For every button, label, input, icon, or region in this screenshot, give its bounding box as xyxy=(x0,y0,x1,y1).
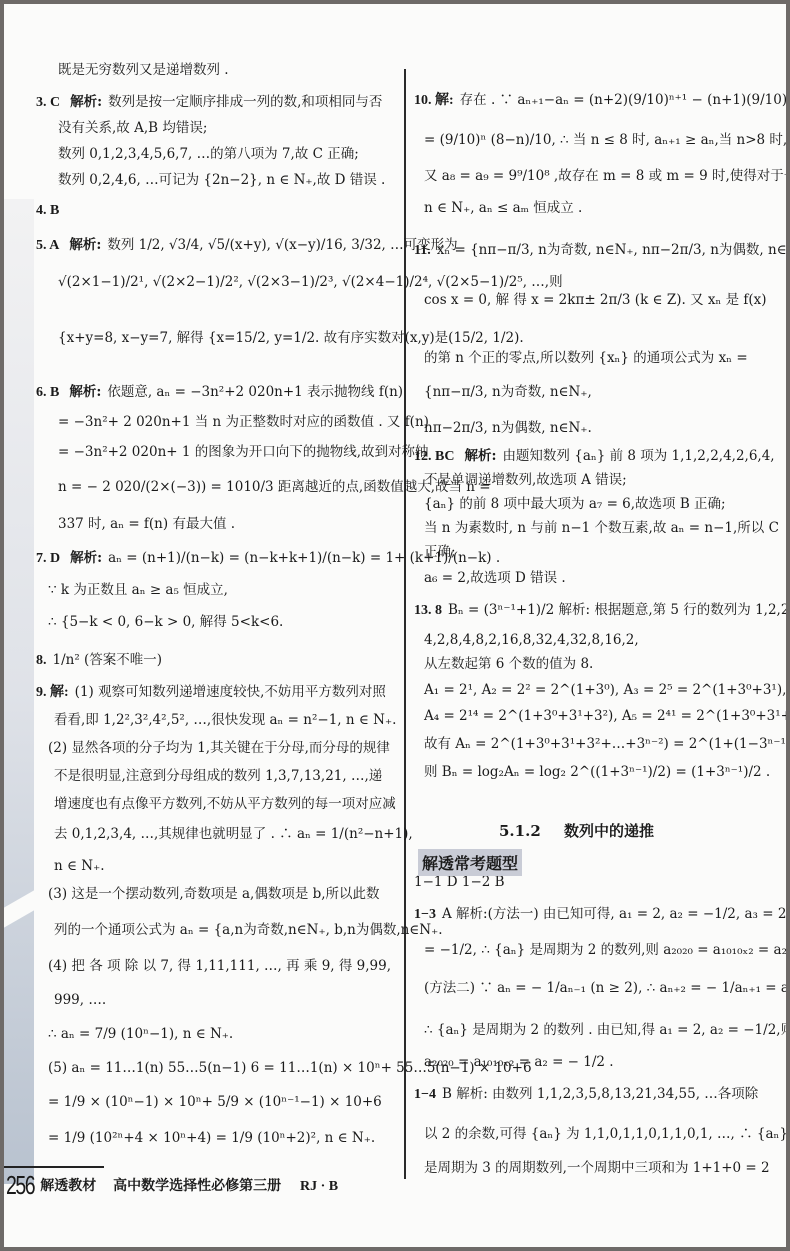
line-text: 当 n 为素数时, n 与前 n−1 个数互素,故 aₙ = n−1,所以 C xyxy=(424,520,779,536)
text-line: (4) 把 各 项 除 以 7, 得 1,11,111, …, 再 乘 9, 得… xyxy=(48,956,391,976)
line-text: Bₙ = (3ⁿ⁻¹+1)/2 解析: 根据题意,第 5 行的数列为 1,2,2… xyxy=(448,602,786,618)
text-line: 11.xₙ = {nπ−π/3, n为奇数, n∈N₊, nπ−2π/3, n为… xyxy=(414,240,786,261)
line-text: 依题意, aₙ = −3n²+2 020n+1 表示抛物线 f(n) xyxy=(107,384,403,400)
line-text: 数列 0,1,2,3,4,5,6,7, …的第八项为 7,故 C 正确; xyxy=(58,146,359,162)
answer-page: 既是无穷数列又是递增数列 .3. C解析:数列是按一定顺序排成一列的数,和项相同… xyxy=(4,4,786,1247)
line-text: ∴ {aₙ} 是周期为 2 的数列 . 由已知,得 a₁ = 2, a₂ = −… xyxy=(424,1022,786,1038)
question-number: 8. xyxy=(36,653,47,668)
footer-rule xyxy=(4,1166,104,1168)
line-text: n ∈ N₊. xyxy=(54,858,105,874)
line-text: 由题知数列 {aₙ} 前 8 项为 1,1,2,2,4,2,6,4, xyxy=(502,448,774,464)
text-line: ∵ k 为正数且 aₙ ≥ a₅ 恒成立, xyxy=(48,580,228,600)
text-line: 4,2,8,4,8,2,16,8,32,4,32,8,16,2, xyxy=(424,630,639,650)
question-number: 12. BC xyxy=(414,449,454,464)
line-text: 看看,即 1,2²,3²,4²,5², …,很快发现 aₙ = n²−1, n … xyxy=(54,712,396,728)
line-text: 从左数起第 6 个数的值为 8. xyxy=(424,656,593,672)
line-text: 1−1 D 1−2 B xyxy=(414,874,505,890)
page-number: 256 xyxy=(6,1170,34,1201)
line-text: 列的一个通项公式为 aₙ = {a,n为奇数,n∈N₊, b,n为偶数,n∈N₊… xyxy=(54,922,443,938)
text-line: 正确; xyxy=(424,542,456,562)
text-line: 数列 0,1,2,3,4,5,6,7, …的第八项为 7,故 C 正确; xyxy=(58,144,359,164)
text-line: {aₙ} 的前 8 项中最大项为 a₇ = 6,故选项 B 正确; xyxy=(424,494,726,514)
line-text: (方法二) ∵ aₙ = − 1/aₙ₋₁ (n ≥ 2), ∴ aₙ₊₂ = … xyxy=(424,980,786,996)
line-text: √(2×1−1)/2¹, √(2×2−1)/2², √(2×3−1)/2³, √… xyxy=(58,274,563,290)
text-line: ∴ aₙ = 7/9 (10ⁿ−1), n ∈ N₊. xyxy=(48,1024,233,1044)
line-text: 4,2,8,4,8,2,16,8,32,4,32,8,16,2, xyxy=(424,632,639,648)
line-text: 999, …. xyxy=(54,992,106,1008)
text-line: (方法二) ∵ aₙ = − 1/aₙ₋₁ (n ≥ 2), ∴ aₙ₊₂ = … xyxy=(424,978,786,998)
line-text: {x+y=8, x−y=7, 解得 {x=15/2, y=1/2. 故有序实数对… xyxy=(58,330,524,346)
analysis-label: 解析: xyxy=(69,384,101,400)
text-line: = −1/2, ∴ {aₙ} 是周期为 2 的数列,则 a₂₀₂₀ = a₁₀₁… xyxy=(424,940,786,960)
section-badge: 解透常考题型 xyxy=(418,849,522,876)
text-line: A₁ = 2¹, A₂ = 2² = 2^(1+3⁰), A₃ = 2⁵ = 2… xyxy=(424,680,786,700)
text-line: 从左数起第 6 个数的值为 8. xyxy=(424,654,593,674)
text-line: 则 Bₙ = log₂Aₙ = log₂ 2^((1+3ⁿ⁻¹)/2) = (1… xyxy=(424,762,770,782)
text-line: (3) 这是一个摆动数列,奇数项是 a,偶数项是 b,所以此数 xyxy=(48,884,380,904)
line-text: A₁ = 2¹, A₂ = 2² = 2^(1+3⁰), A₃ = 2⁵ = 2… xyxy=(424,682,786,698)
line-text: B 解析: 由数列 1,1,2,3,5,8,13,21,34,55, …各项除 xyxy=(442,1086,758,1102)
line-text: cos x = 0, 解 得 x = 2kπ± 2π/3 (k ∈ Z). 又 … xyxy=(424,292,767,308)
line-text: = −1/2, ∴ {aₙ} 是周期为 2 的数列,则 a₂₀₂₀ = a₁₀₁… xyxy=(424,942,786,958)
line-text: {aₙ} 的前 8 项中最大项为 a₇ = 6,故选项 B 正确; xyxy=(424,496,726,512)
line-text: 1/n² (答案不唯一) xyxy=(53,652,163,668)
footer-title: 解透教材 xyxy=(40,1178,96,1194)
text-line: = 1/9 (10²ⁿ+4 × 10ⁿ+4) = 1/9 (10ⁿ+2)², n… xyxy=(48,1128,375,1148)
line-text: ∵ k 为正数且 aₙ ≥ a₅ 恒成立, xyxy=(48,582,228,598)
text-line: n ∈ N₊, aₙ ≤ aₘ 恒成立 . xyxy=(424,198,582,218)
line-text: = 1/9 × (10ⁿ−1) × 10ⁿ+ 5/9 × (10ⁿ⁻¹−1) ×… xyxy=(48,1094,382,1110)
text-line: 数列 0,2,4,6, …可记为 {2n−2}, n ∈ N₊,故 D 错误 . xyxy=(58,170,385,190)
section-heading: 5.1.2 数列中的递推 xyxy=(499,820,654,841)
text-line: 3. C解析:数列是按一定顺序排成一列的数,和项相同与否 xyxy=(36,92,382,113)
line-text: 不是很明显,注意到分母组成的数列 1,3,7,13,21, …,递 xyxy=(54,768,382,784)
line-text: ∴ aₙ = 7/9 (10ⁿ−1), n ∈ N₊. xyxy=(48,1026,233,1042)
question-number: 9. 解: xyxy=(36,685,69,700)
text-line: 又 a₈ = a₉ = 9⁹/10⁸ ,故存在 m = 8 或 m = 9 时,… xyxy=(424,166,786,186)
line-text: 是周期为 3 的周期数列,一个周期中三项和为 1+1+0 = 2 xyxy=(424,1160,770,1176)
page-footer: 256 解透教材 高中数学选择性必修第三册 RJ · B xyxy=(6,1170,338,1201)
question-number: 6. B xyxy=(36,385,59,400)
line-text: 数列 1/2, √3/4, √5/(x+y), √(x−y)/16, 3/32,… xyxy=(107,237,457,253)
text-line: ∴ {5−k < 0, 6−k > 0, 解得 5<k<6. xyxy=(48,612,283,632)
text-line: 5. A解析:数列 1/2, √3/4, √5/(x+y), √(x−y)/16… xyxy=(36,235,458,256)
text-line: 4. B xyxy=(36,200,65,221)
text-line: 当 n 为素数时, n 与前 n−1 个数互素,故 aₙ = n−1,所以 C xyxy=(424,518,779,538)
footer-code: RJ · B xyxy=(300,1179,338,1194)
line-text: xₙ = {nπ−π/3, n为奇数, n∈N₊, nπ−2π/3, n为偶数,… xyxy=(437,242,786,258)
line-text: nπ−2π/3, n为偶数, n∈N₊. xyxy=(424,420,592,436)
text-line: 增速度也有点像平方数列,不妨从平方数列的每一项对应减 xyxy=(54,794,396,814)
line-text: A₄ = 2¹⁴ = 2^(1+3⁰+3¹+3²), A₅ = 2⁴¹ = 2^… xyxy=(424,708,786,724)
line-text: 337 时, aₙ = f(n) 有最大值 . xyxy=(58,516,235,532)
question-number: 11. xyxy=(414,243,431,258)
text-line: 是周期为 3 的周期数列,一个周期中三项和为 1+1+0 = 2 xyxy=(424,1158,770,1178)
text-line: 看看,即 1,2²,3²,4²,5², …,很快发现 aₙ = n²−1, n … xyxy=(54,710,396,730)
text-line: nπ−2π/3, n为偶数, n∈N₊. xyxy=(424,418,592,438)
question-number: 5. A xyxy=(36,238,59,253)
line-text: a₂₀₂₀ = a₁₀₁₀ₓ₂ = a₂ = − 1/2 . xyxy=(424,1054,614,1070)
line-text: 数列 0,2,4,6, …可记为 {2n−2}, n ∈ N₊,故 D 错误 . xyxy=(58,172,385,188)
line-text: = −3n²+2 020n+ 1 的图象为开口向下的抛物线,故到对称轴 xyxy=(58,444,429,460)
text-line: = −3n²+2 020n+ 1 的图象为开口向下的抛物线,故到对称轴 xyxy=(58,442,429,462)
line-text: 不是单调递增数列,故选项 A 错误; xyxy=(424,472,627,488)
question-number: 3. C xyxy=(36,95,60,110)
line-text: = −3n²+ 2 020n+1 当 n 为正整数时对应的函数值 . 又 f(n… xyxy=(58,414,429,430)
text-line: a₂₀₂₀ = a₁₀₁₀ₓ₂ = a₂ = − 1/2 . xyxy=(424,1052,614,1072)
question-number: 7. D xyxy=(36,551,60,566)
text-line: 999, …. xyxy=(54,990,106,1010)
line-text: 的第 n 个正的零点,所以数列 {xₙ} 的通项公式为 xₙ = xyxy=(424,350,748,366)
analysis-label: 解析: xyxy=(69,237,101,253)
line-text: 则 Bₙ = log₂Aₙ = log₂ 2^((1+3ⁿ⁻¹)/2) = (1… xyxy=(424,764,770,780)
text-line: 12. BC解析:由题知数列 {aₙ} 前 8 项为 1,1,2,2,4,2,6… xyxy=(414,446,775,467)
text-line: ∴ {aₙ} 是周期为 2 的数列 . 由已知,得 a₁ = 2, a₂ = −… xyxy=(424,1020,786,1040)
line-text: 故有 Aₙ = 2^(1+3⁰+3¹+3²+…+3ⁿ⁻²) = 2^(1+(1−… xyxy=(424,736,786,752)
text-line: n ∈ N₊. xyxy=(54,856,105,876)
line-text: n ∈ N₊, aₙ ≤ aₘ 恒成立 . xyxy=(424,200,582,216)
line-text: 存在 . ∵ aₙ₊₁−aₙ = (n+2)(9/10)ⁿ⁺¹ − (n+1)(… xyxy=(460,92,786,108)
text-line: 9. 解:(1) 观察可知数列递增速度较快,不妨用平方数列对照 xyxy=(36,682,386,703)
line-text: 正确; xyxy=(424,544,456,560)
line-text: (4) 把 各 项 除 以 7, 得 1,11,111, …, 再 乘 9, 得… xyxy=(48,958,391,974)
line-text: 没有关系,故 A,B 均错误; xyxy=(58,120,207,136)
text-line: {x+y=8, x−y=7, 解得 {x=15/2, y=1/2. 故有序实数对… xyxy=(58,328,524,348)
analysis-label: 解析: xyxy=(70,94,102,110)
line-text: (1) 观察可知数列递增速度较快,不妨用平方数列对照 xyxy=(75,684,386,700)
line-text: 增速度也有点像平方数列,不妨从平方数列的每一项对应减 xyxy=(54,796,396,812)
text-line: 去 0,1,2,3,4, …,其规律也就明显了 . ∴ aₙ = 1/(n²−n… xyxy=(54,824,413,844)
text-line: 列的一个通项公式为 aₙ = {a,n为奇数,n∈N₊, b,n为偶数,n∈N₊… xyxy=(54,920,443,940)
question-number: 13. 8 xyxy=(414,603,442,618)
text-line: 不是很明显,注意到分母组成的数列 1,3,7,13,21, …,递 xyxy=(54,766,382,786)
question-number: 4. B xyxy=(36,203,59,218)
text-line: = (9/10)ⁿ (8−n)/10, ∴ 当 n ≤ 8 时, aₙ₊₁ ≥ … xyxy=(424,130,786,150)
text-line: = 1/9 × (10ⁿ−1) × 10ⁿ+ 5/9 × (10ⁿ⁻¹−1) ×… xyxy=(48,1092,382,1112)
line-text: (3) 这是一个摆动数列,奇数项是 a,偶数项是 b,所以此数 xyxy=(48,886,380,902)
text-line: 1−4B 解析: 由数列 1,1,2,3,5,8,13,21,34,55, …各… xyxy=(414,1084,758,1105)
line-text: 既是无穷数列又是递增数列 . xyxy=(58,62,229,78)
text-line: 既是无穷数列又是递增数列 . xyxy=(58,60,229,80)
question-number: 1−3 xyxy=(414,907,436,922)
line-text: 又 a₈ = a₉ = 9⁹/10⁸ ,故存在 m = 8 或 m = 9 时,… xyxy=(424,168,786,184)
line-text: A 解析:(方法一) 由已知可得, a₁ = 2, a₂ = −1/2, a₃ … xyxy=(442,906,786,922)
text-line: 没有关系,故 A,B 均错误; xyxy=(58,118,207,138)
line-text: 以 2 的余数,可得 {aₙ} 为 1,1,0,1,1,0,1,1,0,1, …… xyxy=(424,1126,786,1142)
line-text: = (9/10)ⁿ (8−n)/10, ∴ 当 n ≤ 8 时, aₙ₊₁ ≥ … xyxy=(424,132,786,148)
text-line: {nπ−π/3, n为奇数, n∈N₊, xyxy=(424,382,592,402)
text-line: A₄ = 2¹⁴ = 2^(1+3⁰+3¹+3²), A₅ = 2⁴¹ = 2^… xyxy=(424,706,786,726)
text-line: 6. B解析:依题意, aₙ = −3n²+2 020n+1 表示抛物线 f(n… xyxy=(36,382,403,403)
analysis-label: 解析: xyxy=(70,550,102,566)
text-line: 不是单调递增数列,故选项 A 错误; xyxy=(424,470,627,490)
text-line: 8.1/n² (答案不唯一) xyxy=(36,650,162,671)
text-line: 故有 Aₙ = 2^(1+3⁰+3¹+3²+…+3ⁿ⁻²) = 2^(1+(1−… xyxy=(424,734,786,754)
text-line: 10. 解:存在 . ∵ aₙ₊₁−aₙ = (n+2)(9/10)ⁿ⁺¹ − … xyxy=(414,90,786,111)
line-text: (2) 显然各项的分子均为 1,其关键在于分母,而分母的规律 xyxy=(48,740,390,756)
question-number: 10. 解: xyxy=(414,93,454,108)
line-text: ∴ {5−k < 0, 6−k > 0, 解得 5<k<6. xyxy=(48,614,283,630)
line-text: {nπ−π/3, n为奇数, n∈N₊, xyxy=(424,384,592,400)
text-line: 的第 n 个正的零点,所以数列 {xₙ} 的通项公式为 xₙ = xyxy=(424,348,748,368)
text-line: 以 2 的余数,可得 {aₙ} 为 1,1,0,1,1,0,1,1,0,1, …… xyxy=(424,1124,786,1144)
question-number: 1−4 xyxy=(414,1087,436,1102)
analysis-label: 解析: xyxy=(464,448,496,464)
section-number: 5.1.2 xyxy=(499,822,541,840)
text-line: √(2×1−1)/2¹, √(2×2−1)/2², √(2×3−1)/2³, √… xyxy=(58,272,563,292)
text-line: 337 时, aₙ = f(n) 有最大值 . xyxy=(58,514,235,534)
text-line: 1−3A 解析:(方法一) 由已知可得, a₁ = 2, a₂ = −1/2, … xyxy=(414,904,786,925)
line-text: = 1/9 (10²ⁿ+4 × 10ⁿ+4) = 1/9 (10ⁿ+2)², n… xyxy=(48,1130,375,1146)
text-line: = −3n²+ 2 020n+1 当 n 为正整数时对应的函数值 . 又 f(n… xyxy=(58,412,429,432)
text-line: a₆ = 2,故选项 D 错误 . xyxy=(424,568,566,588)
section-title: 数列中的递推 xyxy=(564,822,654,840)
line-text: 数列是按一定顺序排成一列的数,和项相同与否 xyxy=(108,94,382,110)
line-text: a₆ = 2,故选项 D 错误 . xyxy=(424,570,566,586)
decorative-side-band xyxy=(4,199,34,1184)
footer-subtitle: 高中数学选择性必修第三册 xyxy=(113,1178,281,1194)
text-line: cos x = 0, 解 得 x = 2kπ± 2π/3 (k ∈ Z). 又 … xyxy=(424,290,767,310)
line-text: 去 0,1,2,3,4, …,其规律也就明显了 . ∴ aₙ = 1/(n²−n… xyxy=(54,826,413,842)
text-line: 13. 8Bₙ = (3ⁿ⁻¹+1)/2 解析: 根据题意,第 5 行的数列为 … xyxy=(414,600,786,621)
text-line: (2) 显然各项的分子均为 1,其关键在于分母,而分母的规律 xyxy=(48,738,390,758)
